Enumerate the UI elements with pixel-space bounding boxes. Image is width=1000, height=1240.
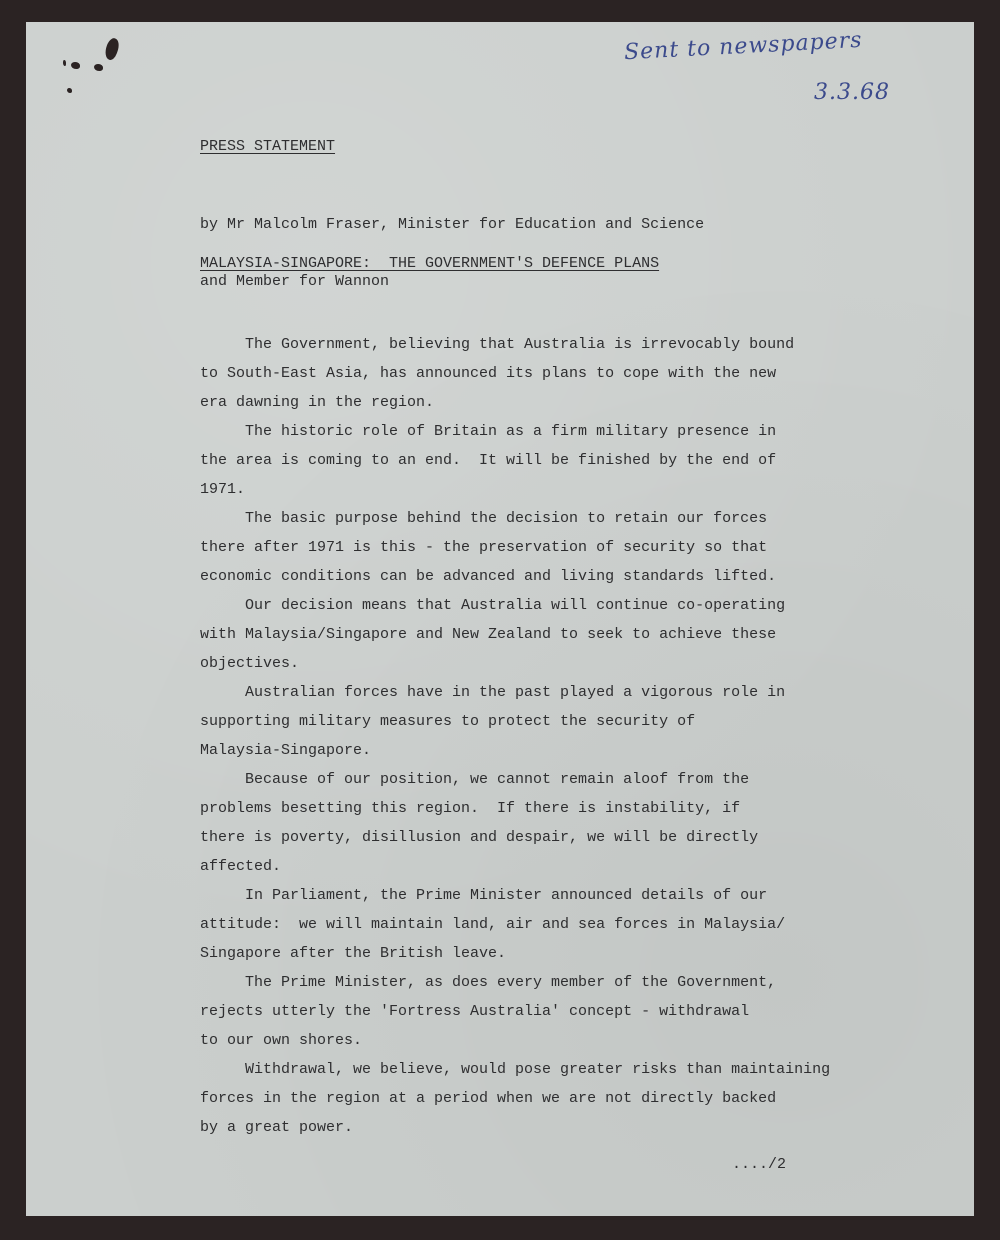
- paper-damage-mark: [103, 37, 122, 62]
- body-line: 1971.: [200, 475, 830, 504]
- handwritten-note: Sent to newspapers: [624, 28, 864, 65]
- body-line: problems besetting this region. If there…: [200, 794, 830, 823]
- subject-heading: MALAYSIA-SINGAPORE: THE GOVERNMENT'S DEF…: [200, 255, 659, 272]
- paper-damage-mark: [94, 64, 103, 71]
- body-line: by a great power.: [200, 1113, 830, 1142]
- body-line: objectives.: [200, 649, 830, 678]
- body-line: Singapore after the British leave.: [200, 939, 830, 968]
- paper-damage-mark: [63, 60, 66, 66]
- page-continuation: ..../2: [732, 1156, 786, 1173]
- document-page: Sent to newspapers 3.3.68 PRESS STATEMEN…: [26, 22, 974, 1216]
- byline-line: and Member for Wannon: [200, 272, 704, 291]
- body-line: rejects utterly the 'Fortress Australia'…: [200, 997, 830, 1026]
- body-line: The historic role of Britain as a firm m…: [200, 417, 830, 446]
- body-line: the area is coming to an end. It will be…: [200, 446, 830, 475]
- body-line: there is poverty, disillusion and despai…: [200, 823, 830, 852]
- body-line: Australian forces have in the past playe…: [200, 678, 830, 707]
- body-line: The Prime Minister, as does every member…: [200, 968, 830, 997]
- body-line: to South-East Asia, has announced its pl…: [200, 359, 830, 388]
- handwritten-date: 3.3.68: [814, 80, 890, 105]
- body-line: supporting military measures to protect …: [200, 707, 830, 736]
- body-line: Withdrawal, we believe, would pose great…: [200, 1055, 830, 1084]
- body-line: Because of our position, we cannot remai…: [200, 765, 830, 794]
- byline-line: by Mr Malcolm Fraser, Minister for Educa…: [200, 215, 704, 234]
- body-line: forces in the region at a period when we…: [200, 1084, 830, 1113]
- paper-damage-mark: [67, 88, 72, 93]
- body-line: attitude: we will maintain land, air and…: [200, 910, 830, 939]
- body-line: with Malaysia/Singapore and New Zealand …: [200, 620, 830, 649]
- body-line: In Parliament, the Prime Minister announ…: [200, 881, 830, 910]
- document-title: PRESS STATEMENT: [200, 138, 335, 155]
- byline: by Mr Malcolm Fraser, Minister for Educa…: [200, 177, 704, 329]
- statement-body: The Government, believing that Australia…: [200, 330, 830, 1142]
- body-line: Our decision means that Australia will c…: [200, 591, 830, 620]
- body-line: The Government, believing that Australia…: [200, 330, 830, 359]
- body-line: affected.: [200, 852, 830, 881]
- body-line: to our own shores.: [200, 1026, 830, 1055]
- body-line: economic conditions can be advanced and …: [200, 562, 830, 591]
- body-line: era dawning in the region.: [200, 388, 830, 417]
- body-line: Malaysia-Singapore.: [200, 736, 830, 765]
- paper-damage-mark: [71, 62, 80, 69]
- body-line: there after 1971 is this - the preservat…: [200, 533, 830, 562]
- body-line: The basic purpose behind the decision to…: [200, 504, 830, 533]
